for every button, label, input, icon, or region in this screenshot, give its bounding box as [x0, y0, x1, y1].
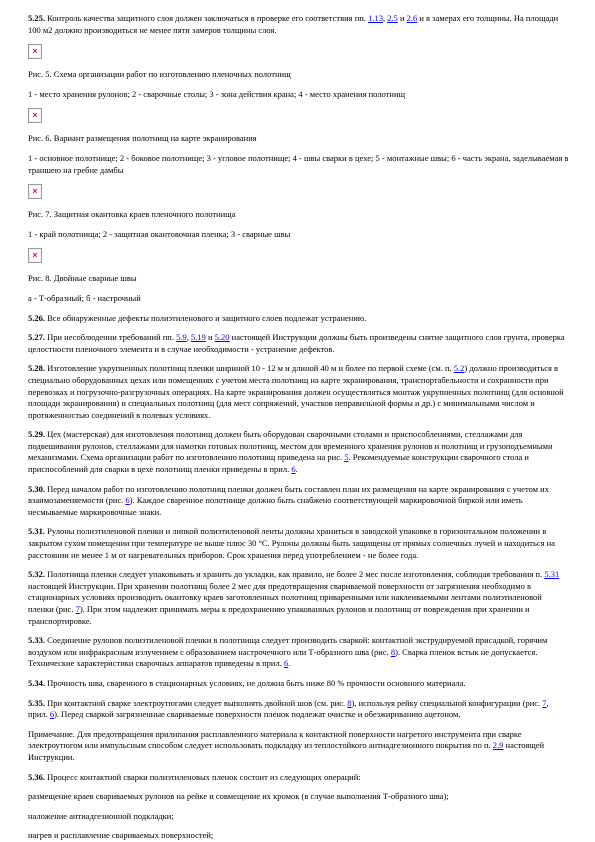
paragraph-number: 5.31. — [28, 526, 45, 536]
text-segment: ), используя рейку специальной конфигура… — [352, 698, 543, 708]
figure-legend-5: 1 - место хранения рулонов; 2 - сварочны… — [28, 89, 569, 101]
figure-caption-7: Рис. 7. Защитная окантовка краев пленочн… — [28, 209, 569, 221]
paragraph-number: 5.35. — [28, 698, 45, 708]
paragraph-number: 5.36. — [28, 772, 45, 782]
text-segment: размещение краев свариваемых рулонов на … — [28, 791, 449, 801]
text-segment: Прочность шва, сваренного в стационарных… — [45, 678, 466, 688]
text-segment: Рис. 8. Двойные сварные швы — [28, 273, 137, 283]
broken-image-icon: × — [28, 248, 42, 263]
text-segment: Все обнаруженные дефекты полиэтиленового… — [45, 313, 366, 323]
figure-8-broken-image: × — [28, 248, 569, 263]
paragraph-number: 5.34. — [28, 678, 45, 688]
doc-link-1-13[interactable]: 1.13 — [368, 13, 383, 23]
text-segment: Рулоны полиэтиленовой пленки и липкой по… — [28, 526, 555, 559]
text-segment: При несоблюдении требований пп. — [45, 332, 176, 342]
operation-item-1: размещение краев свариваемых рулонов на … — [28, 791, 569, 803]
note-paragraph: Примечание. Для предотвращения прилипани… — [28, 729, 569, 764]
text-segment: наложение антиадгезионной подкладки; — [28, 811, 174, 821]
figure-7-broken-image: × — [28, 184, 569, 199]
paragraph-number: 5.30. — [28, 484, 45, 494]
text-segment: нагрев и расплавление свариваемых поверх… — [28, 830, 213, 840]
text-segment: . — [288, 658, 290, 668]
paragraph-5-35: 5.35. При контактной сварке электроутюга… — [28, 698, 569, 721]
text-segment: Рис. 5. Схема организации работ по изгот… — [28, 69, 291, 79]
figure-caption-8: Рис. 8. Двойные сварные швы — [28, 273, 569, 285]
document-content: 5.25. Контроль качества защитного слоя д… — [28, 13, 569, 842]
figure-legend-6: 1 - основное полотнище; 2 - боковое поло… — [28, 153, 569, 176]
paragraph-5-28: 5.28. Изготовление укрупненных полотнищ … — [28, 363, 569, 421]
red-x-icon: × — [29, 45, 41, 58]
text-segment: и — [206, 332, 215, 342]
doc-link-2-5[interactable]: 2.5 — [387, 13, 398, 23]
red-x-icon: × — [29, 185, 41, 198]
text-segment: Процесс контактной сварки полиэтиленовых… — [45, 772, 361, 782]
doc-link-5-19[interactable]: 5.19 — [191, 332, 206, 342]
paragraph-5-36: 5.36. Процесс контактной сварки полиэтил… — [28, 772, 569, 784]
paragraph-5-34: 5.34. Прочность шва, сваренного в стацио… — [28, 678, 569, 690]
paragraph-number: 5.29. — [28, 429, 45, 439]
paragraph-number: 5.25. — [28, 13, 45, 23]
paragraph-5-26: 5.26. Все обнаруженные дефекты полиэтиле… — [28, 313, 569, 325]
text-segment: 1 - край полотнища; 2 - защитная окантов… — [28, 229, 290, 239]
broken-image-icon: × — [28, 184, 42, 199]
doc-link-5-2[interactable]: 5.2 — [454, 363, 465, 373]
operation-item-3: нагрев и расплавление свариваемых поверх… — [28, 830, 569, 842]
text-segment: 1 - основное полотнище; 2 - боковое поло… — [28, 153, 568, 175]
paragraph-number: 5.27. — [28, 332, 45, 342]
paragraph-number: 5.26. — [28, 313, 45, 323]
text-segment: ). Перед сваркой загрязненные свариваемы… — [54, 709, 460, 719]
figure-caption-6: Рис. 6. Вариант размещения полотнищ на к… — [28, 133, 569, 145]
text-segment: При контактной сварке электроутюгами сле… — [45, 698, 347, 708]
doc-link-5-20[interactable]: 5.20 — [215, 332, 230, 342]
text-segment: . — [296, 464, 298, 474]
text-segment: Рис. 7. Защитная окантовка краев пленочн… — [28, 209, 235, 219]
text-segment: Изготовление укрупненных полотнищ пленки… — [45, 363, 454, 373]
text-segment: Для предотвращения прилипания расплавлен… — [28, 729, 522, 751]
text-segment: 1 - место хранения рулонов; 2 - сварочны… — [28, 89, 405, 99]
red-x-icon: × — [29, 249, 41, 262]
paragraph-number: 5.33. — [28, 635, 45, 645]
figure-5-broken-image: × — [28, 44, 569, 59]
text-segment: Рис. 6. Вариант размещения полотнищ на к… — [28, 133, 257, 143]
paragraph-number: 5.32. — [28, 569, 45, 579]
paragraph-5-30: 5.30. Перед началом работ по изготовлени… — [28, 484, 569, 519]
text-segment: Полотнища пленки следует упаковывать и х… — [45, 569, 544, 579]
paragraph-number: 5.28. — [28, 363, 45, 373]
doc-link-2-9[interactable]: 2.9 — [493, 740, 504, 750]
paragraph-5-29: 5.29. Цех (мастерская) для изготовления … — [28, 429, 569, 475]
paragraph-5-32: 5.32. Полотнища пленки следует упаковыва… — [28, 569, 569, 627]
red-x-icon: × — [29, 109, 41, 122]
text-segment: Примечание. — [28, 729, 75, 739]
paragraph-5-33: 5.33. Соединение рулонов полиэтиленовой … — [28, 635, 569, 670]
paragraph-5-31: 5.31. Рулоны полиэтиленовой пленки и лип… — [28, 526, 569, 561]
figure-legend-7: 1 - край полотнища; 2 - защитная окантов… — [28, 229, 569, 241]
paragraph-5-25: 5.25. Контроль качества защитного слоя д… — [28, 13, 569, 36]
broken-image-icon: × — [28, 44, 42, 59]
text-segment: ). При этом надлежит принимать меры к пр… — [28, 604, 530, 626]
doc-link-5-31[interactable]: 5.31 — [544, 569, 559, 579]
operation-item-2: наложение антиадгезионной подкладки; — [28, 811, 569, 823]
figure-6-broken-image: × — [28, 108, 569, 123]
text-segment: и — [398, 13, 407, 23]
doc-link-5-9[interactable]: 5.9 — [176, 332, 187, 342]
broken-image-icon: × — [28, 108, 42, 123]
text-segment: а - Т-образный; б - настрочный — [28, 293, 141, 303]
paragraph-5-27: 5.27. При несоблюдении требований пп. 5.… — [28, 332, 569, 355]
figure-caption-5: Рис. 5. Схема организации работ по изгот… — [28, 69, 569, 81]
doc-link-2-6[interactable]: 2.6 — [407, 13, 418, 23]
text-segment: Контроль качества защитного слоя должен … — [45, 13, 368, 23]
figure-legend-8: а - Т-образный; б - настрочный — [28, 293, 569, 305]
